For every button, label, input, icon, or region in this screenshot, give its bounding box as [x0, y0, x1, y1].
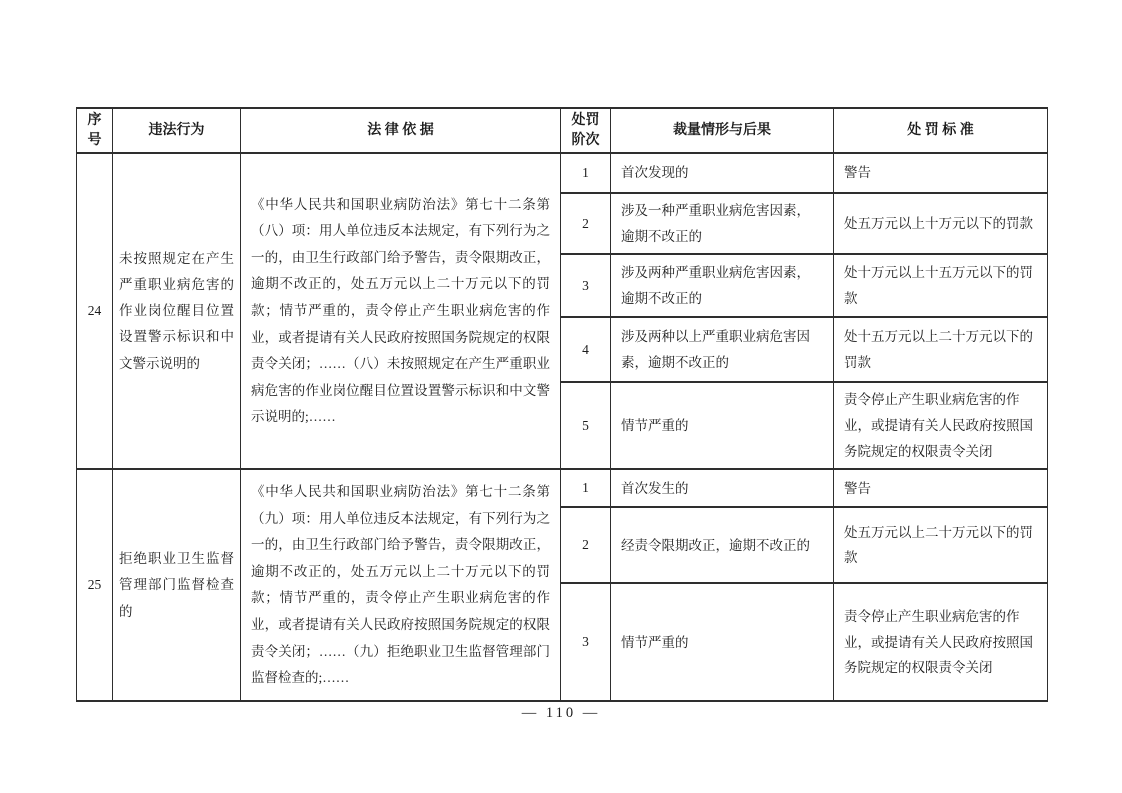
circumstance-cell: 涉及两种以上严重职业病危害因素，逾期不改正的 [611, 317, 834, 382]
penalty-standard-cell: 责令停止产生职业病危害的作业，或提请有关人民政府按照国务院规定的权限责令关闭 [834, 382, 1048, 469]
table-row: 24未按照规定在产生严重职业病危害的作业岗位醒目位置设置警示标识和中文警示说明的… [77, 153, 1048, 193]
penalty-standard-cell: 处五万元以上十万元以下的罚款 [834, 193, 1048, 254]
penalty-standard-cell: 警告 [834, 153, 1048, 193]
table-body: 24未按照规定在产生严重职业病危害的作业岗位醒目位置设置警示标识和中文警示说明的… [77, 153, 1048, 701]
penalty-standard-cell: 处十五万元以上二十万元以下的罚款 [834, 317, 1048, 382]
penalty-discretion-table: 序号 违法行为 法 律 依 据 处罚 阶次 裁量情形与后果 处 罚 标 准 24… [76, 107, 1048, 702]
header-penalty-level: 处罚 阶次 [561, 108, 611, 153]
penalty-standard-cell: 责令停止产生职业病危害的作业，或提请有关人民政府按照国务院规定的权限责令关闭 [834, 583, 1048, 701]
circumstance-cell: 经责令限期改正，逾期不改正的 [611, 507, 834, 583]
table-row: 25拒绝职业卫生监督管理部门监督检查的《中华人民共和国职业病防治法》第七十二条第… [77, 469, 1048, 507]
penalty-level-cell: 4 [561, 317, 611, 382]
serial-cell: 24 [77, 153, 113, 469]
violation-cell: 拒绝职业卫生监督管理部门监督检查的 [113, 469, 241, 701]
penalty-level-cell: 2 [561, 507, 611, 583]
page-number: — 110 — [0, 705, 1122, 722]
legal-basis-cell: 《中华人民共和国职业病防治法》第七十二条第（九）项：用人单位违反本法规定，有下列… [241, 469, 561, 701]
circumstance-cell: 涉及一种严重职业病危害因素，逾期不改正的 [611, 193, 834, 254]
circumstance-cell: 情节严重的 [611, 382, 834, 469]
penalty-level-cell: 3 [561, 254, 611, 317]
header-serial: 序号 [77, 108, 113, 153]
penalty-standard-cell: 处五万元以上二十万元以下的罚款 [834, 507, 1048, 583]
document-page: 序号 违法行为 法 律 依 据 处罚 阶次 裁量情形与后果 处 罚 标 准 24… [0, 0, 1122, 793]
penalty-level-cell: 1 [561, 153, 611, 193]
header-circumstance: 裁量情形与后果 [611, 108, 834, 153]
legal-basis-cell: 《中华人民共和国职业病防治法》第七十二条第（八）项：用人单位违反本法规定，有下列… [241, 153, 561, 469]
penalty-level-cell: 3 [561, 583, 611, 701]
penalty-standard-cell: 处十万元以上十五万元以下的罚款 [834, 254, 1048, 317]
circumstance-cell: 情节严重的 [611, 583, 834, 701]
circumstance-cell: 首次发生的 [611, 469, 834, 507]
header-row: 序号 违法行为 法 律 依 据 处罚 阶次 裁量情形与后果 处 罚 标 准 [77, 108, 1048, 153]
header-violation: 违法行为 [113, 108, 241, 153]
circumstance-cell: 首次发现的 [611, 153, 834, 193]
penalty-level-cell: 1 [561, 469, 611, 507]
header-legal-basis: 法 律 依 据 [241, 108, 561, 153]
penalty-level-cell: 5 [561, 382, 611, 469]
serial-cell: 25 [77, 469, 113, 701]
penalty-standard-cell: 警告 [834, 469, 1048, 507]
penalty-level-cell: 2 [561, 193, 611, 254]
header-penalty-standard: 处 罚 标 准 [834, 108, 1048, 153]
violation-cell: 未按照规定在产生严重职业病危害的作业岗位醒目位置设置警示标识和中文警示说明的 [113, 153, 241, 469]
table-header: 序号 违法行为 法 律 依 据 处罚 阶次 裁量情形与后果 处 罚 标 准 [77, 108, 1048, 153]
circumstance-cell: 涉及两种严重职业病危害因素，逾期不改正的 [611, 254, 834, 317]
